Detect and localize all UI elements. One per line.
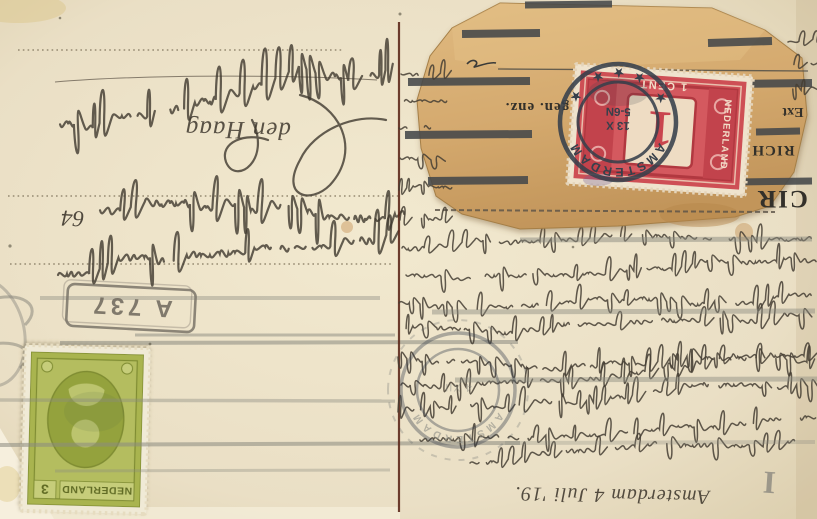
pasted-fragment: gen. enz. Ext RICH CIR 1 1 CENT NEDERLAN… (405, 3, 812, 229)
star-icon: ★ (612, 64, 625, 79)
cancel-bar (455, 379, 817, 380)
printed-word-cir: CIR (756, 185, 808, 212)
speck (149, 343, 152, 346)
speck (59, 17, 62, 20)
cancel-bar (756, 131, 800, 132)
handwriting-dateline: Amsterdam 4 Juli '19. (514, 482, 712, 507)
cancel-date-text: 4 XII (444, 381, 472, 393)
cancel-bar (408, 81, 530, 82)
cancel-bar (405, 134, 532, 135)
cancel-bar (0, 400, 395, 401)
stain-small (341, 221, 353, 233)
cancel-bar (520, 239, 812, 240)
sorting-mark-text: A 737 (89, 291, 173, 322)
printed-word-ext: Ext (782, 104, 803, 119)
fragment-fold-shade (660, 203, 740, 227)
postmark-date: 13 X (606, 119, 630, 131)
cancel-bar (432, 311, 815, 312)
stamp-value-text: 3 (41, 481, 49, 497)
pencil-mark: I (762, 465, 777, 502)
stamp-ornament (41, 361, 52, 372)
speck (572, 246, 575, 249)
speck (8, 244, 11, 247)
handwriting-city-text: den Haag (185, 115, 291, 144)
cancel-bar (708, 41, 772, 43)
cancel-bar (462, 33, 540, 34)
cancel-bar (55, 470, 390, 471)
star-icon: ★ (570, 88, 583, 103)
postcard-photo: A 737 den Haag 64 NEDERLAND 3 (0, 0, 817, 519)
postmark-time: 5-6N (606, 105, 631, 117)
cancel-bar (737, 181, 812, 182)
cancel-bar (60, 342, 518, 343)
cancel-bar (505, 442, 815, 443)
printed-word-rich: RICH (751, 142, 794, 158)
cancel-bar (525, 4, 612, 5)
green-stamp: NEDERLAND 3 (20, 345, 150, 514)
star-icon: ★ (654, 89, 667, 104)
star-icon: ★ (633, 69, 646, 84)
star-icon: ★ (592, 68, 605, 83)
stamp-country-text: NEDERLAND (62, 483, 133, 497)
speck (399, 13, 402, 16)
cancel-bar (428, 180, 528, 181)
handwriting-house-number: 64 (60, 205, 84, 231)
postcard-scan: A 737 den Haag 64 NEDERLAND 3 (0, 0, 817, 519)
stamp-ornament (121, 363, 132, 374)
fragment-postmark: AMSTERDAM 13 X 5-6N ★ ★ ★ ★ ★ (559, 63, 677, 181)
